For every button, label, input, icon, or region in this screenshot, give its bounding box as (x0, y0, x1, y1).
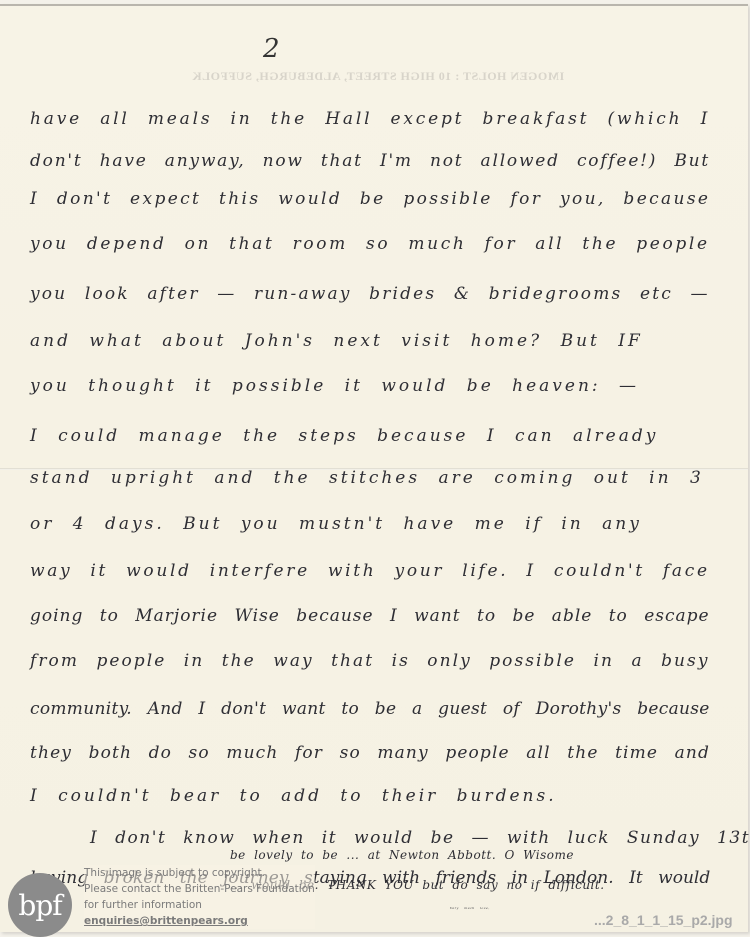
handwritten-line: I don't know when it would be — with luc… (90, 828, 750, 848)
handwritten-line: or 4 days. But you mustn't have me if in… (30, 514, 710, 534)
handwritten-line: stand upright and the stitches are comin… (30, 468, 710, 488)
letterhead-bleedthrough: IMOGEN HOLST : 10 HIGH STREET, ALDEBURGH… (158, 69, 598, 84)
handwritten-line: they both do so much for so many people … (30, 743, 710, 763)
handwritten-line: way it would interfere with your life. I… (30, 561, 710, 581)
bpf-logo-icon: bpf (8, 873, 72, 937)
handwritten-line: you look after — run-away brides & bride… (30, 284, 710, 304)
handwritten-line: I could manage the steps because I can a… (30, 426, 710, 446)
handwritten-line: I couldn't bear to add to their burdens. (30, 786, 710, 806)
handwritten-line: Very much love, (450, 906, 750, 910)
copyright-watermark: bpf This image is subject to copyright. … (0, 865, 300, 937)
handwritten-line: you depend on that room so much for all … (30, 234, 710, 254)
watermark-email-link[interactable]: enquiries@brittenpears.org (84, 913, 315, 929)
handwritten-line: I don't expect this would be possible fo… (30, 189, 710, 209)
handwritten-line: community. And I don't want to be a gues… (30, 699, 710, 719)
watermark-text: This image is subject to copyright. Plea… (84, 865, 315, 929)
filename-overlay: ...2_8_1_1_15_p2.jpg (594, 912, 733, 928)
handwritten-line: don't have anyway, now that I'm not allo… (30, 151, 710, 171)
handwritten-line: and what about John's next visit home? B… (30, 331, 710, 351)
letter-page: 2 IMOGEN HOLST : 10 HIGH STREET, ALDEBUR… (0, 4, 748, 932)
handwritten-line: you thought it possible it would be heav… (30, 376, 710, 396)
handwritten-line: from people in the way that is only poss… (30, 651, 710, 671)
handwritten-line: have all meals in the Hall except breakf… (30, 109, 710, 129)
watermark-line-2: Please contact the Britten-Pears Foundat… (84, 881, 315, 897)
handwritten-line: be lovely to be ... at Newton Abbott. O … (230, 848, 750, 862)
watermark-line-1: This image is subject to copyright. (84, 865, 315, 881)
handwritten-line: going to Marjorie Wise because I want to… (30, 606, 710, 626)
watermark-line-3: for further information (84, 897, 315, 913)
page-number: 2 (263, 34, 280, 64)
